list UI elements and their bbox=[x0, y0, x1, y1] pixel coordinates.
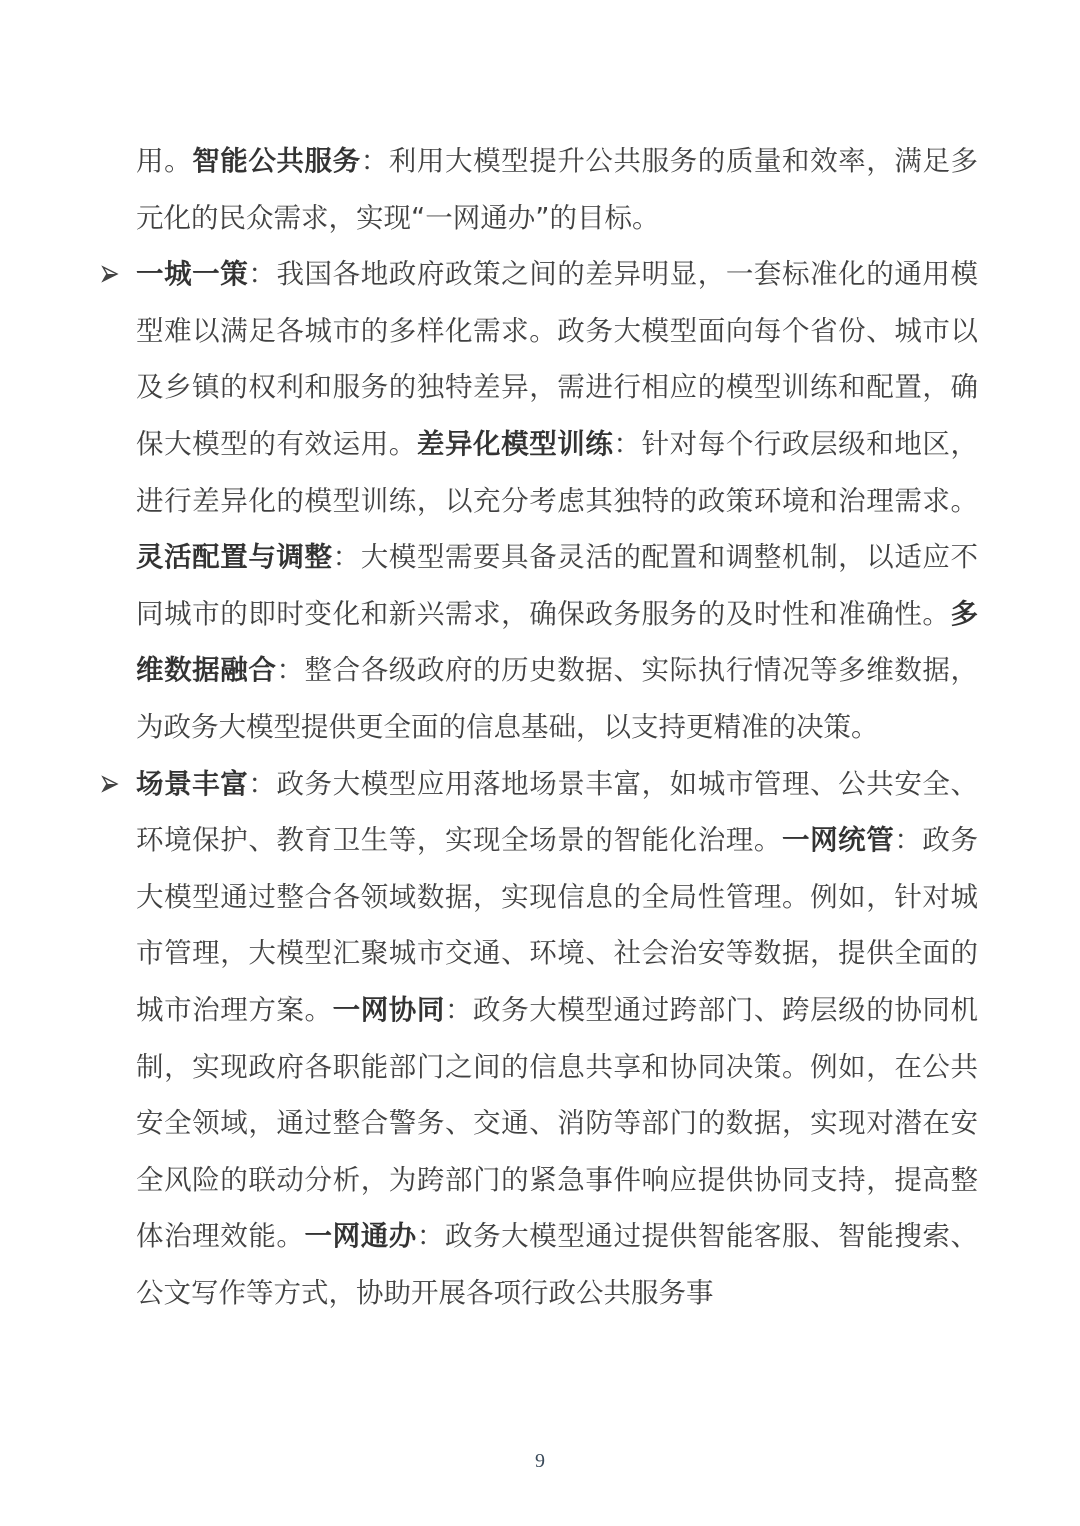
paragraph-rich-scenarios: 场景丰富：政务大模型应用落地场景丰富，如城市管理、公共安全、环境保护、教育卫生等… bbox=[136, 756, 978, 1322]
bold-term-unified-management: 一网统管 bbox=[782, 824, 894, 856]
paragraph-one-city-one-policy: 一城一策：我国各地政府政策之间的差异明显，一套标准化的通用模型难以满足各城市的多… bbox=[136, 246, 978, 755]
page-number: 9 bbox=[0, 1450, 1080, 1473]
arrow-bullet-icon bbox=[98, 756, 122, 812]
bold-term-one-city-one-policy: 一城一策 bbox=[136, 258, 248, 290]
text-segment: ：政务大模型通过跨部门、跨层级的协同机制，实现政府各职能部门之间的信息共享和协同… bbox=[136, 994, 978, 1252]
bold-term-differentiated-training: 差异化模型训练 bbox=[417, 428, 614, 460]
paragraph-intelligent-public-service: 用。智能公共服务：利用大模型提升公共服务的质量和效率，满足多元化的民众需求，实现… bbox=[136, 133, 978, 246]
document-page: 用。智能公共服务：利用大模型提升公共服务的质量和效率，满足多元化的民众需求，实现… bbox=[0, 0, 1080, 1526]
document-body: 用。智能公共服务：利用大模型提升公共服务的质量和效率，满足多元化的民众需求，实现… bbox=[136, 133, 978, 1321]
bold-term-rich-scenarios: 场景丰富 bbox=[136, 768, 248, 800]
bold-term-intelligent-public-service: 智能公共服务 bbox=[192, 145, 361, 177]
text-segment: 用。 bbox=[136, 145, 192, 177]
bold-term-unified-collaboration: 一网协同 bbox=[333, 994, 445, 1026]
bold-term-one-stop-service: 一网通办 bbox=[305, 1220, 417, 1252]
bold-term-flexible-configuration: 灵活配置与调整 bbox=[136, 541, 333, 573]
arrow-bullet-icon bbox=[98, 246, 122, 302]
